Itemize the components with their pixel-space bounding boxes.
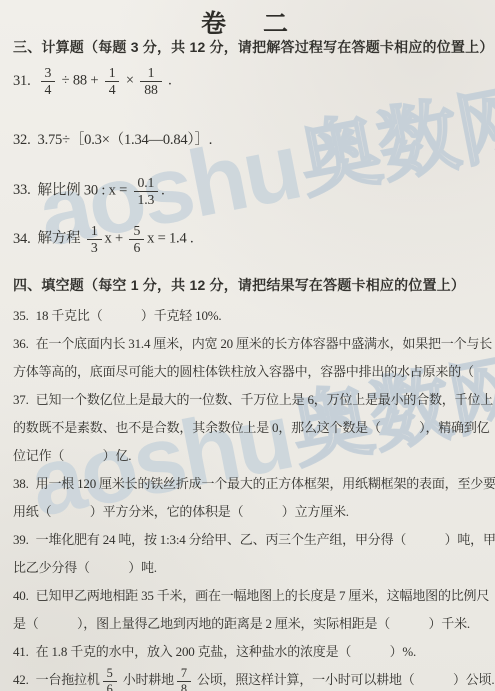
problem-text: ÷ 88 + [58, 73, 102, 89]
problem-text: 一台拖拉机 [36, 672, 100, 687]
problem-36: 36.在一个底面内长 31.4 厘米，内宽 20 厘米的长方体容器中盛满水，如果… [13, 330, 485, 386]
fraction-denominator: 4 [105, 81, 120, 98]
fraction-numerator: 5 [129, 223, 144, 239]
exam-page: aoshu奥数网 aoshu奥数网 卷 二 三、计算题（每题 3 分，共 12 … [0, 0, 495, 691]
problem-number: 42. [13, 672, 29, 687]
problems-list: 35.18 千克比（ ）千克轻 10%.36.在一个底面内长 31.4 厘米，内… [13, 302, 485, 691]
problem-number: 35. [13, 308, 29, 323]
problem-text: . [161, 182, 164, 198]
fraction-denominator: 6 [103, 681, 117, 691]
problem-line: 41.在 1.8 千克的水中，放入 200 克盐，这种盐水的浓度是（ ）%. [13, 638, 485, 666]
fraction-numerator: 1 [105, 65, 120, 81]
problem-line: 38.用一根 120 厘米长的铁丝折成一个最大的正方体框架，用纸糊框架的表面，至… [13, 470, 485, 498]
problem-line: 方体等高的，底面尽可能大的圆柱体铁柱放入容器中，容器中排出的水占原来的（ ）. [13, 358, 485, 386]
problem-line: 用纸（ ）平方分米，它的体积是（ ）立方厘米. [13, 498, 485, 526]
problem-line: 42.一台拖拉机56 小时耕地78 公顷，照这样计算，一小时可以耕地（ ）公顷. [13, 666, 485, 691]
problem-number: 31. [13, 73, 31, 89]
fraction-numerator: 3 [41, 65, 56, 81]
problem-42: 42.一台拖拉机56 小时耕地78 公顷，照这样计算，一小时可以耕地（ ）公顷. [13, 666, 485, 691]
problem-number: 40. [13, 588, 29, 603]
problem-line: 34.解方程 13x + 56x = 1.4 . [13, 223, 485, 256]
problem-number: 37. [13, 392, 29, 407]
fraction-denominator: 8 [177, 681, 191, 691]
fraction: 78 [177, 666, 191, 691]
fraction: 188 [140, 65, 161, 98]
problem-text: 用一根 120 厘米长的铁丝折成一个最大的正方体框架，用纸糊框架的表面，至少要 [36, 476, 495, 491]
problem-line: 40.已知甲乙两地相距 35 千米，画在一幅地图上的长度是 7 厘米，这幅地图的… [13, 582, 485, 610]
problem-40: 40.已知甲乙两地相距 35 千米，画在一幅地图上的长度是 7 厘米，这幅地图的… [13, 582, 485, 638]
problem-number: 32. [13, 132, 31, 148]
fraction: 34 [41, 65, 56, 98]
section-calculation: 三、计算题（每题 3 分，共 12 分，请把解答过程写在答题卡相应的位置上） 3… [13, 37, 485, 256]
problem-number: 33. [13, 182, 31, 198]
section-heading: 三、计算题（每题 3 分，共 12 分，请把解答过程写在答题卡相应的位置上） [13, 37, 485, 57]
problem-text: 在 1.8 千克的水中，放入 200 克盐，这种盐水的浓度是（ ）%. [36, 644, 416, 659]
fraction-denominator: 88 [140, 81, 161, 98]
problem-text: 已知甲乙两地相距 35 千米，画在一幅地图上的长度是 7 厘米，这幅地图的比例尺 [36, 588, 490, 603]
problem-text: × [122, 73, 137, 89]
problem-33: 33.解比例 30 : x = 0.11.3. [13, 175, 485, 208]
page-title: 卷 二 [0, 4, 495, 40]
problem-line: 33.解比例 30 : x = 0.11.3. [13, 175, 485, 208]
problem-text: 解方程 [38, 231, 84, 247]
problem-32: 32.3.75÷［0.3×（1.34—0.84）］. [13, 128, 485, 149]
problem-number: 38. [13, 476, 29, 491]
problem-line: 位记作（ ）亿. [13, 442, 485, 470]
problem-text: 比乙少分得（ ）吨. [13, 560, 157, 575]
problem-text: 在一个底面内长 31.4 厘米，内宽 20 厘米的长方体容器中盛满水，如果把一个… [36, 336, 492, 351]
problem-text: 小时耕地 [120, 672, 174, 687]
problems-list: 31.34 ÷ 88 + 14 × 188 .32.3.75÷［0.3×（1.3… [13, 65, 485, 256]
problem-text: 用纸（ ）平方分米，它的体积是（ ）立方厘米. [13, 504, 349, 519]
problem-line: 31.34 ÷ 88 + 14 × 188 . [13, 65, 485, 98]
problem-34: 34.解方程 13x + 56x = 1.4 . [13, 223, 485, 256]
section-heading: 四、填空题（每空 1 分，共 12 分，请把结果写在答题卡相应的位置上） [13, 275, 485, 295]
problem-text: 3.75÷［0.3×（1.34—0.84）］. [38, 132, 213, 148]
problem-line: 37.已知一个数亿位上是最大的一位数、千万位上是 6，万位上是最小的合数，千位上 [13, 386, 485, 414]
problem-text: 方体等高的，底面尽可能大的圆柱体铁柱放入容器中，容器中排出的水占原来的（ ）. [13, 364, 495, 379]
problem-text: 已知一个数亿位上是最大的一位数、千万位上是 6，万位上是最小的合数，千位上 [36, 392, 493, 407]
problem-text: 解比例 30 : x = [38, 182, 131, 198]
fraction: 0.11.3 [134, 175, 159, 208]
fraction-numerator: 0.1 [134, 175, 159, 191]
problem-41: 41.在 1.8 千克的水中，放入 200 克盐，这种盐水的浓度是（ ）%. [13, 638, 485, 666]
problem-text: 位记作（ ）亿. [13, 448, 131, 463]
problem-35: 35.18 千克比（ ）千克轻 10%. [13, 302, 485, 330]
problem-number: 36. [13, 336, 29, 351]
problem-text: 18 千克比（ ）千克轻 10%. [36, 308, 222, 323]
fraction: 13 [87, 223, 102, 256]
problem-31: 31.34 ÷ 88 + 14 × 188 . [13, 65, 485, 98]
problem-text: 的数既不是素数、也不是合数，其余数位上是 0，那么这个数是（ ），精确到亿 [13, 420, 489, 435]
problem-number: 39. [13, 532, 29, 547]
problem-line: 35.18 千克比（ ）千克轻 10%. [13, 302, 485, 330]
problem-39: 39.一堆化肥有 24 吨，按 1:3:4 分给甲、乙、丙三个生产组，甲分得（ … [13, 526, 485, 582]
problem-text: 公顷，照这样计算，一小时可以耕地（ ）公顷. [194, 672, 495, 687]
problem-line: 是（ ），图上量得乙地到丙地的距离是 2 厘米，实际相距是（ ）千米. [13, 610, 485, 638]
problem-38: 38.用一根 120 厘米长的铁丝折成一个最大的正方体框架，用纸糊框架的表面，至… [13, 470, 485, 526]
fraction: 56 [129, 223, 144, 256]
problem-text: x + [105, 231, 127, 247]
fraction-numerator: 1 [140, 65, 161, 81]
problem-line: 的数既不是素数、也不是合数，其余数位上是 0，那么这个数是（ ），精确到亿 [13, 414, 485, 442]
problem-text: x = 1.4 . [147, 231, 193, 247]
fraction-numerator: 7 [177, 666, 191, 680]
problem-text: . [165, 73, 172, 89]
fraction-denominator: 3 [87, 239, 102, 256]
fraction-numerator: 1 [87, 223, 102, 239]
fraction-denominator: 1.3 [134, 191, 159, 208]
problem-number: 34. [13, 231, 31, 247]
problem-number: 41. [13, 644, 29, 659]
section-fill-blank: 四、填空题（每空 1 分，共 12 分，请把结果写在答题卡相应的位置上） 35.… [13, 275, 485, 691]
fraction-denominator: 6 [129, 239, 144, 256]
fraction-numerator: 5 [103, 666, 117, 680]
problem-text: 是（ ），图上量得乙地到丙地的距离是 2 厘米，实际相距是（ ）千米. [13, 616, 470, 631]
fraction: 56 [103, 666, 117, 691]
problem-text: 一堆化肥有 24 吨，按 1:3:4 分给甲、乙、丙三个生产组，甲分得（ ）吨，… [36, 532, 495, 547]
problem-line: 39.一堆化肥有 24 吨，按 1:3:4 分给甲、乙、丙三个生产组，甲分得（ … [13, 526, 485, 554]
problem-line: 比乙少分得（ ）吨. [13, 554, 485, 582]
problem-37: 37.已知一个数亿位上是最大的一位数、千万位上是 6，万位上是最小的合数，千位上… [13, 386, 485, 470]
problem-line: 36.在一个底面内长 31.4 厘米，内宽 20 厘米的长方体容器中盛满水，如果… [13, 330, 485, 358]
fraction-denominator: 4 [41, 81, 56, 98]
problem-line: 32.3.75÷［0.3×（1.34—0.84）］. [13, 128, 485, 149]
fraction: 14 [105, 65, 120, 98]
